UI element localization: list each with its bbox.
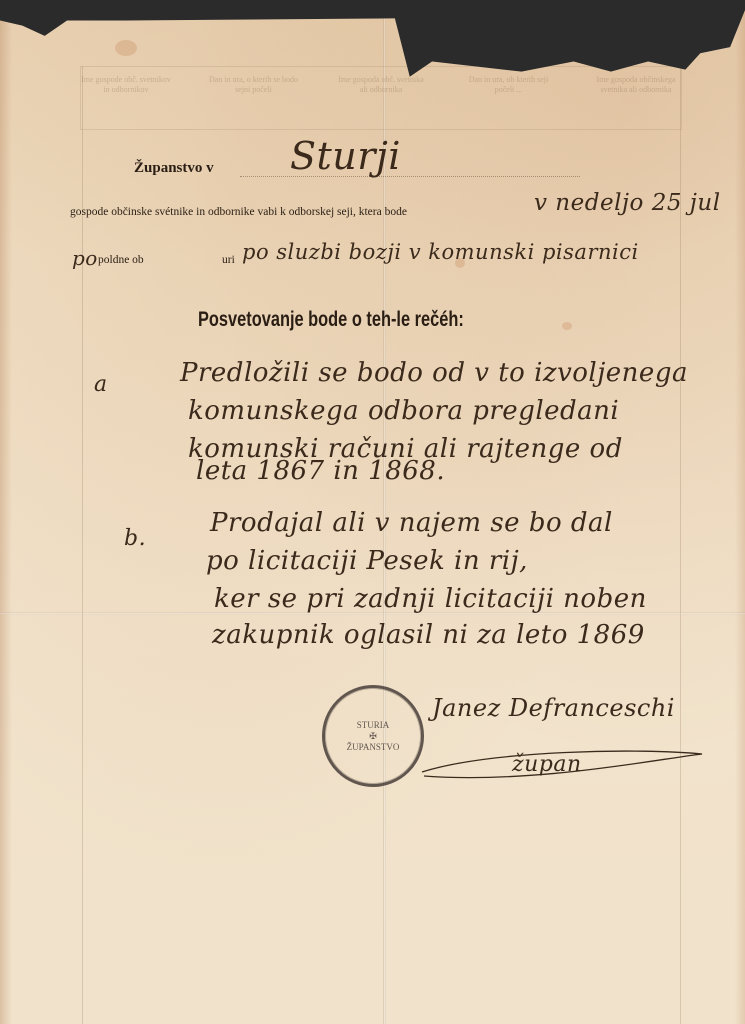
- signature-name: Janez Defranceschi: [432, 694, 675, 722]
- invitation-text: gospode občinske svétnike in odbornike v…: [70, 206, 407, 218]
- agenda-b-line: Prodajal ali v najem se bo dal: [210, 508, 613, 538]
- stain: [562, 322, 572, 330]
- agenda-b-line: zakupnik oglasil ni za leto 1869: [212, 620, 645, 650]
- seal-bottom-text: ŽUPANSTVO: [347, 742, 400, 752]
- handwritten-date: v nedeljo 25 jul: [534, 190, 721, 216]
- seal-top-text: STURIA: [357, 720, 390, 730]
- stain: [115, 40, 137, 56]
- faded-column: Dan in ura, ob kterih seji počeli ...: [464, 67, 554, 129]
- agenda-a-line: komunskega odbora pregledani: [188, 396, 619, 426]
- faded-column: Ime gospode obč. svetnikov in odbornikov: [81, 67, 171, 129]
- signature-title: župan: [512, 752, 582, 777]
- faded-column: Ime gospoda občinskega svetnika ali odbo…: [591, 67, 681, 129]
- faded-table-header: Ime gospode obč. svetnikov in odbornikov…: [80, 66, 682, 130]
- agenda-b-line: ker se pri zadnji licitaciji noben: [214, 584, 647, 614]
- hour-label: uri: [222, 254, 235, 266]
- faded-column: Ime gospoda obč. svetnika ali odbornika: [336, 67, 426, 129]
- seal-text: STURIA✠ŽUPANSTVO: [325, 688, 421, 784]
- agenda-b-line: po licitaciji Pesek in rij,: [206, 546, 528, 576]
- agenda-a-line: leta 1867 in 1868.: [196, 456, 445, 486]
- stain: [612, 38, 638, 56]
- handwritten-prefix: po: [72, 246, 98, 270]
- faded-column: Dan in ura, o kterih se bodo sejni počel…: [209, 67, 299, 129]
- agenda-title: Posvetovanje bode o teh-le rečéh:: [198, 308, 464, 332]
- agenda-marker-b: b.: [124, 526, 146, 551]
- afternoon-label: poldne ob: [98, 254, 144, 266]
- official-seal: STURIA✠ŽUPANSTVO: [322, 685, 424, 787]
- handwritten-location: po sluzbi bozji v komunski pisarnici: [242, 240, 639, 264]
- document-page: Ime gospode obč. svetnikov in odbornikov…: [0, 0, 745, 1024]
- agenda-marker-a: a: [94, 372, 108, 397]
- office-label: Županstvo v: [134, 160, 214, 177]
- agenda-a-line: Predložili se bodo od v to izvoljenega: [180, 358, 688, 388]
- handwritten-place: Sturji: [290, 134, 401, 178]
